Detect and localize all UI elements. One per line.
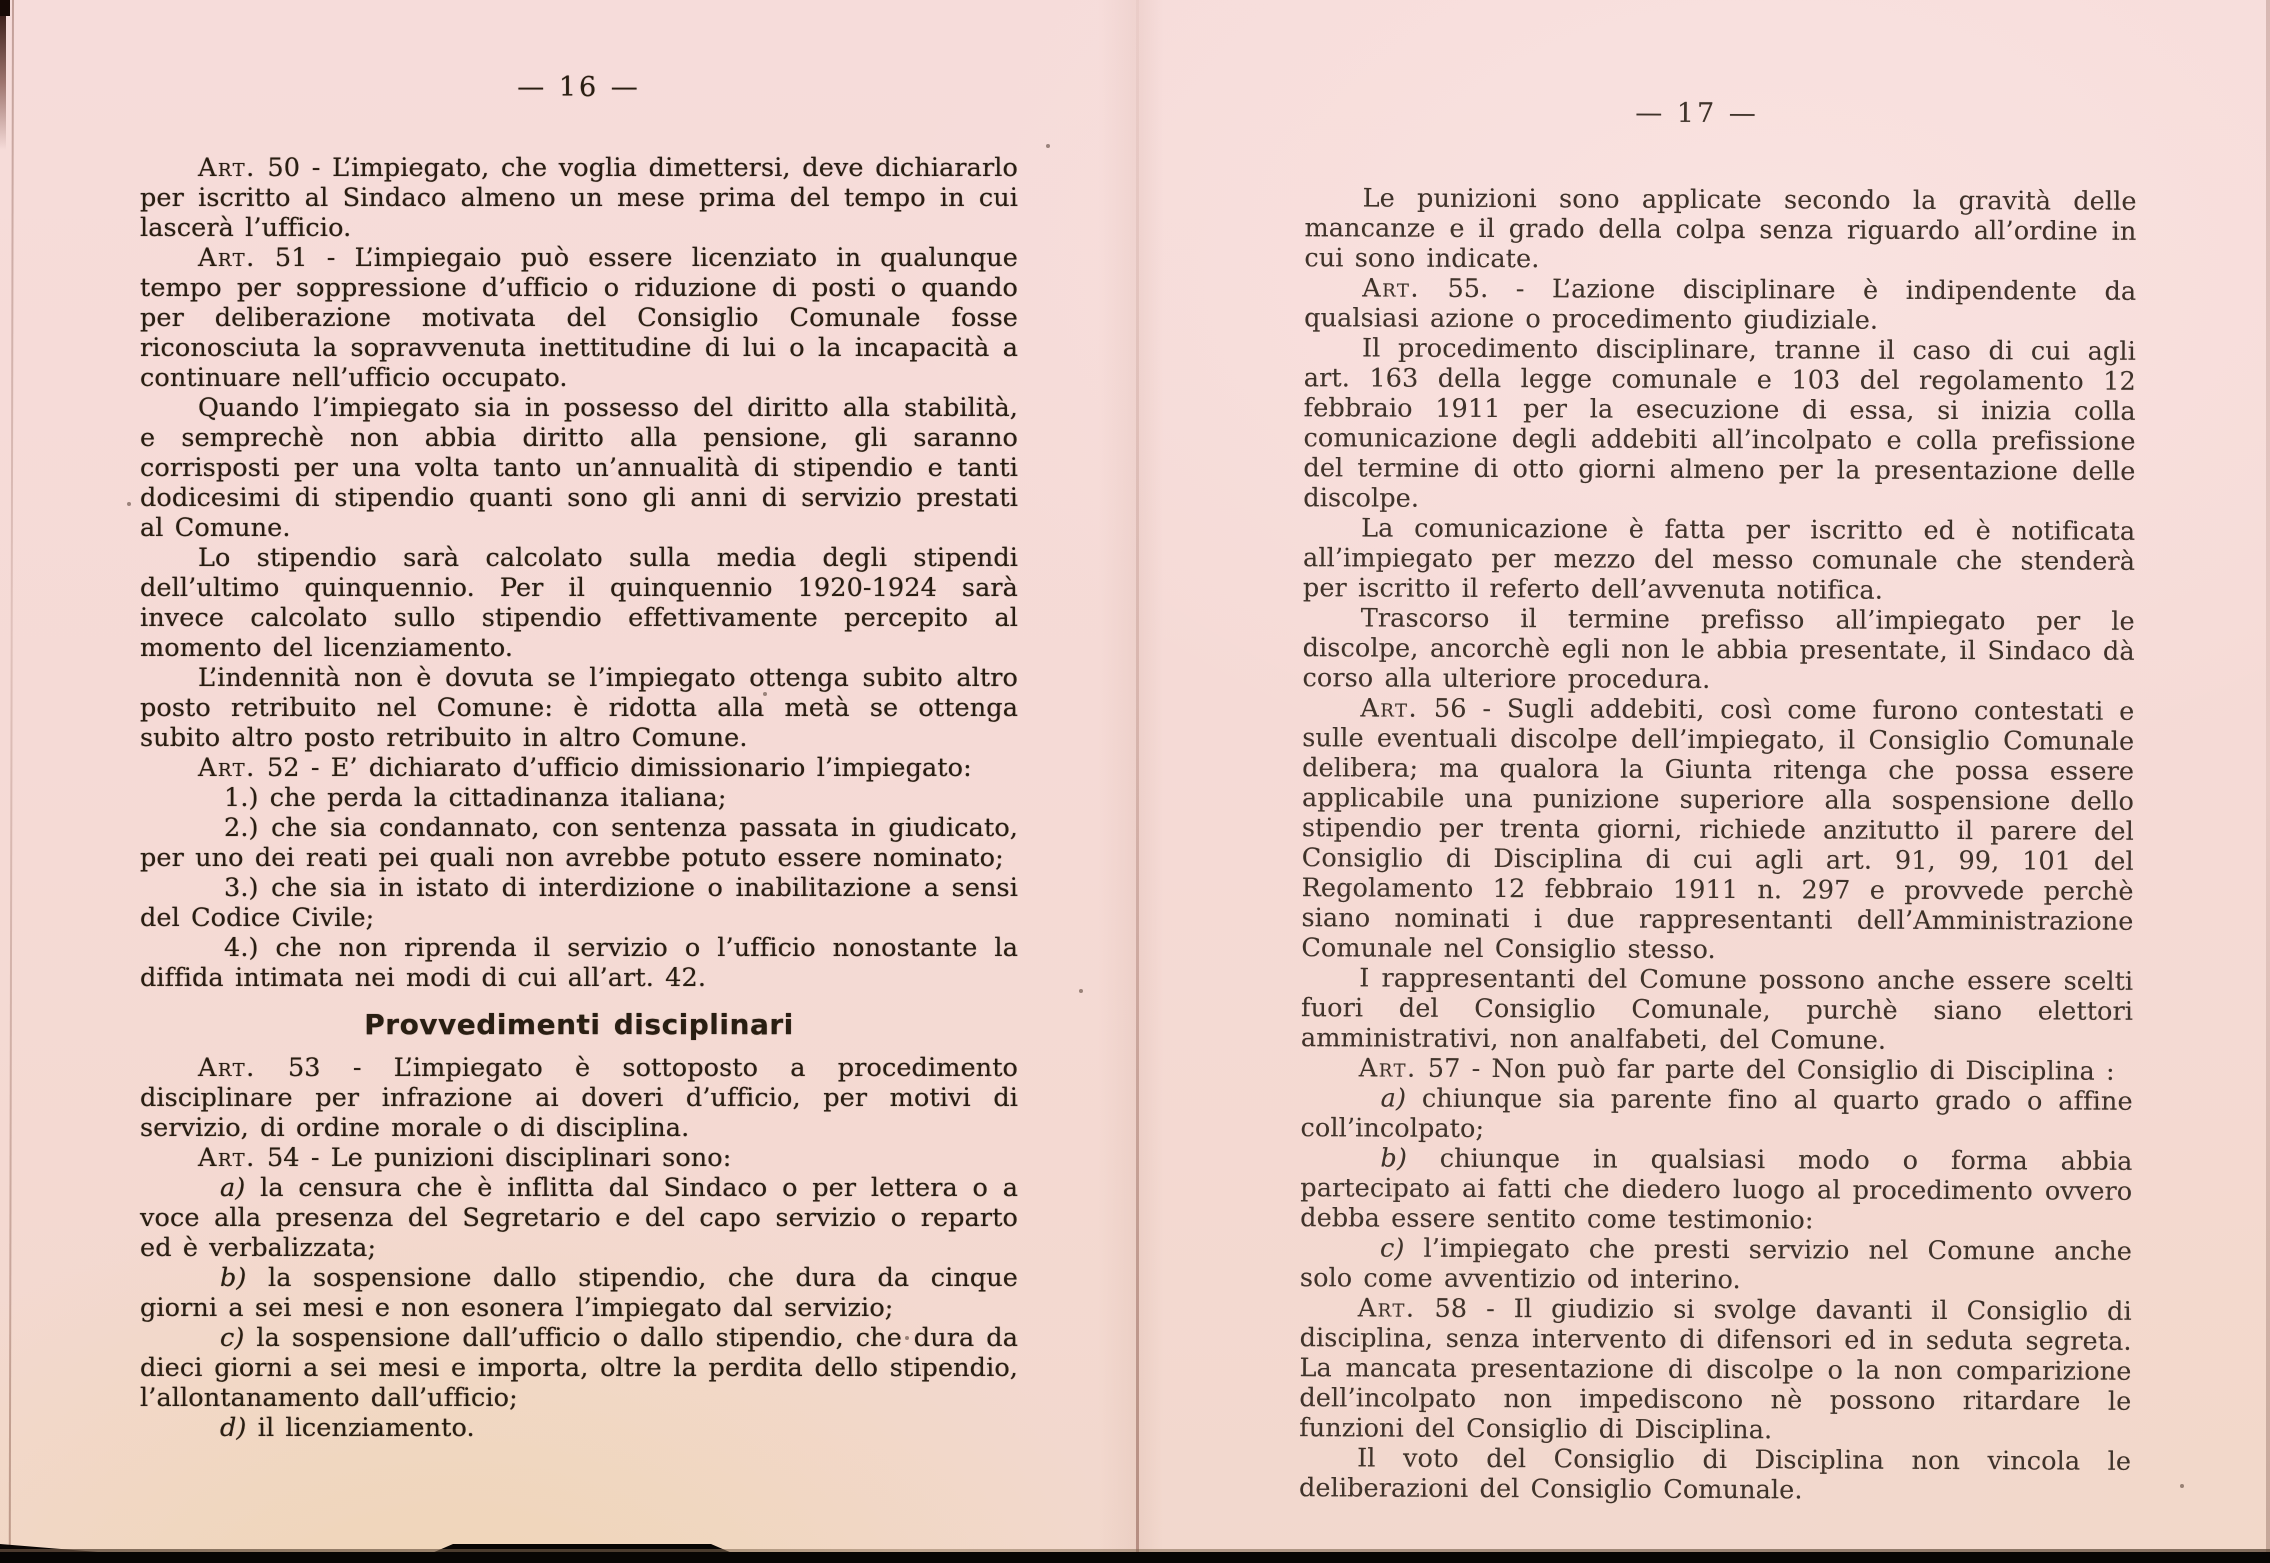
paragraph: Art. 54 - Le punizioni disciplinari sono… xyxy=(140,1143,1018,1173)
article-label: Art. xyxy=(1362,273,1420,303)
paragraph: Quando l’impiegato sia in possesso del d… xyxy=(140,393,1018,543)
paragraph: 2.) che sia condannato, con sentenza pas… xyxy=(140,813,1018,873)
page-gutter-shadow xyxy=(1098,0,1182,1563)
book-scan: — 16 — Art. 50 - L’impiegato, che voglia… xyxy=(0,0,2270,1563)
page-16: — 16 — Art. 50 - L’impiegato, che voglia… xyxy=(140,72,1018,1443)
item-letter: c) xyxy=(1380,1234,1405,1264)
item-letter: a) xyxy=(1381,1084,1406,1114)
article-label: Art. xyxy=(198,1053,256,1083)
scan-left-crease xyxy=(9,0,14,1563)
item-letter: c) xyxy=(220,1323,244,1353)
paragraph: Art. 57 - Non può far parte del Consigli… xyxy=(1301,1053,2133,1087)
paragraph: Art. 55. - L’azione disciplinare è indip… xyxy=(1304,273,2136,337)
scan-speckle xyxy=(1925,975,1929,979)
paragraph: Il procedimento disciplinare, tranne il … xyxy=(1303,333,2136,517)
page-gutter-crease xyxy=(1136,0,1139,1563)
paragraph: Art. 50 - L’impiegato, che voglia dimett… xyxy=(140,153,1018,243)
item-letter: d) xyxy=(220,1413,246,1443)
paragraph: 3.) che sia in istato di interdizione o … xyxy=(140,873,1018,933)
scan-right-edge xyxy=(2266,0,2270,1563)
paragraph: Art. 51 - L’impiegaio può essere licenzi… xyxy=(140,243,1018,393)
paragraph: b) chiunque in qualsiasi modo o forma ab… xyxy=(1300,1143,2132,1237)
paragraph: a) la censura che è inflitta dal Sindaco… xyxy=(140,1173,1018,1263)
article-label: Art. xyxy=(198,243,256,273)
article-label: Art. xyxy=(198,1143,256,1173)
paragraph: Le punizioni sono applicate secondo la g… xyxy=(1304,183,2136,277)
paragraph: Art. 56 - Sugli addebiti, così come furo… xyxy=(1301,693,2134,967)
scan-speckle xyxy=(763,692,767,696)
section-heading: Provvedimenti disciplinari xyxy=(140,1009,1018,1041)
article-label: Art. xyxy=(198,753,256,783)
paragraph: Lo stipendio sarà calcolato sulla media … xyxy=(140,543,1018,663)
item-letter: a) xyxy=(220,1173,245,1203)
paragraph: Trascorso il termine prefisso all’impieg… xyxy=(1302,603,2134,697)
paragraph: La comunicazione è fatta per iscritto ed… xyxy=(1303,513,2135,607)
paragraph: Il voto del Consiglio di Disciplina non … xyxy=(1299,1443,2131,1507)
paragraph: b) la sospensione dallo stipendio, che d… xyxy=(140,1263,1018,1323)
article-label: Art. xyxy=(1359,1053,1417,1083)
paragraph: c) l’impiegato che presti servizio nel C… xyxy=(1300,1233,2132,1297)
paragraph: Art. 53 - L’impiegato è sottoposto a pro… xyxy=(140,1053,1018,1143)
article-label: Art. xyxy=(198,153,256,183)
scan-speckle xyxy=(1046,144,1050,148)
page-17-text: Le punizioni sono applicate secondo la g… xyxy=(1299,183,2137,1507)
paragraph: 1.) che perda la cittadinanza italiana; xyxy=(140,783,1018,813)
page-17: — 17 — Le punizioni sono applicate secon… xyxy=(1299,96,2137,1507)
paragraph: c) la sospensione dall’ufficio o dallo s… xyxy=(140,1323,1018,1413)
page-16-text: Art. 50 - L’impiegato, che voglia dimett… xyxy=(140,153,1018,1443)
page-number: — 16 — xyxy=(140,72,1018,103)
scan-speckle xyxy=(905,1336,909,1340)
paragraph: d) il licenziamento. xyxy=(140,1413,1018,1443)
article-label: Art. xyxy=(1358,1293,1416,1323)
paragraph: I rappresentanti del Comune possono anch… xyxy=(1301,963,2133,1057)
paragraph: Art. 52 - E’ dichiarato d’ufficio dimiss… xyxy=(140,753,1018,783)
scan-corner-mark xyxy=(0,0,10,16)
paragraph: L’indennità non è dovuta se l’impiegato … xyxy=(140,663,1018,753)
scan-left-edge-mark xyxy=(0,0,6,150)
page-number: — 17 — xyxy=(1281,96,2113,131)
scan-speckle xyxy=(127,502,131,506)
paragraph: 4.) che non riprenda il servizio o l’uff… xyxy=(140,933,1018,993)
scan-bottom-band xyxy=(0,1552,2270,1563)
scan-speckle xyxy=(1079,989,1083,993)
item-letter: b) xyxy=(220,1263,246,1293)
article-label: Art. xyxy=(1360,693,1418,723)
scan-speckle xyxy=(2180,1484,2184,1488)
paragraph: a) chiunque sia parente fino al quarto g… xyxy=(1301,1083,2133,1147)
scan-speckle xyxy=(1540,441,1544,445)
paragraph: Art. 58 - Il giudizio si svolge davanti … xyxy=(1299,1293,2132,1447)
item-letter: b) xyxy=(1380,1144,1407,1174)
